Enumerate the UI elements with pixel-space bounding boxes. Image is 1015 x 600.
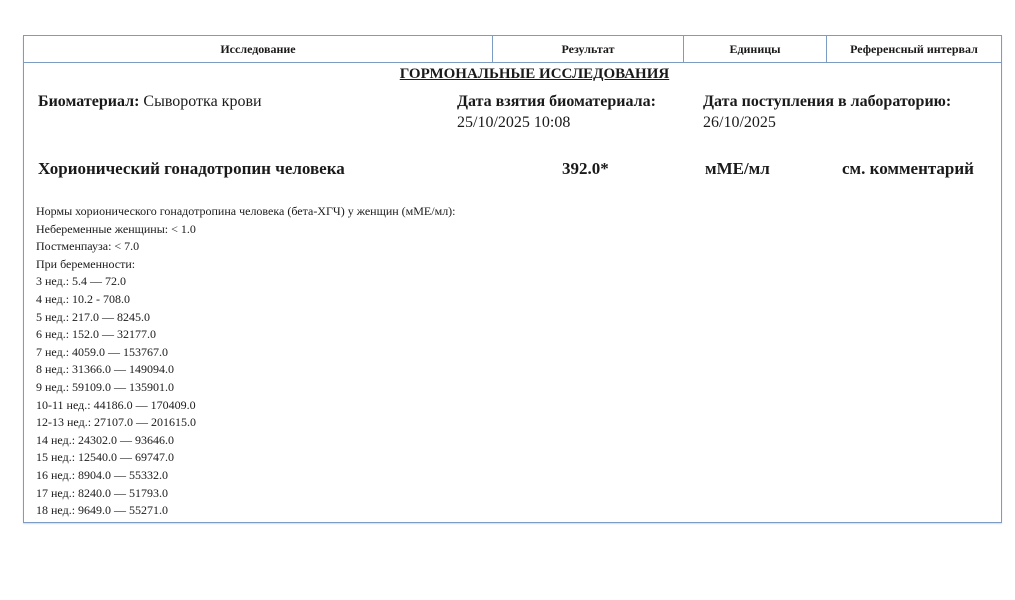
- column-header-result: Результат: [493, 36, 684, 62]
- received-date-label: Дата поступления в лабораторию:: [703, 93, 951, 110]
- comment-line: 9 нед.: 59109.0 — 135901.0: [36, 379, 456, 397]
- biomaterial-info: Биоматериал: Сыворотка крови: [38, 91, 262, 112]
- comment-line: 5 нед.: 217.0 — 8245.0: [36, 309, 456, 327]
- comment-line: 18 нед.: 9649.0 — 55271.0: [36, 502, 456, 520]
- test-result-value: 392.0*: [562, 159, 609, 179]
- test-name: Хорионический гонадотропин человека: [38, 159, 345, 179]
- comment-line: Нормы хорионического гонадотропина челов…: [36, 203, 456, 221]
- column-header-units: Единицы: [684, 36, 827, 62]
- comment-line: 17 нед.: 8240.0 — 51793.0: [36, 485, 456, 503]
- received-date-value: 26/10/2025: [703, 114, 776, 131]
- collection-date-info: Дата взятия биоматериала: 25/10/2025 10:…: [457, 91, 656, 133]
- comment-line: 14 нед.: 24302.0 — 93646.0: [36, 432, 456, 450]
- comment-line: 16 нед.: 8904.0 — 55332.0: [36, 467, 456, 485]
- biomaterial-value: Сыворотка крови: [143, 93, 261, 110]
- comment-line: 12-13 нед.: 27107.0 — 201615.0: [36, 414, 456, 432]
- comment-line: Небеременные женщины: < 1.0: [36, 221, 456, 239]
- collection-date-label: Дата взятия биоматериала:: [457, 93, 656, 110]
- collection-date-value: 25/10/2025 10:08: [457, 114, 570, 131]
- table-header: Исследование Результат Единицы Референсн…: [24, 36, 1001, 63]
- test-units: мМЕ/мл: [705, 159, 770, 179]
- section-title: ГОРМОНАЛЬНЫЕ ИССЛЕДОВАНИЯ: [24, 66, 1001, 83]
- column-header-reference: Референсный интервал: [827, 36, 1001, 62]
- comment-line: 6 нед.: 152.0 — 32177.0: [36, 326, 456, 344]
- comment-line: 3 нед.: 5.4 — 72.0: [36, 273, 456, 291]
- result-row-hcg: Хорионический гонадотропин человека 392.…: [24, 159, 1001, 183]
- received-date-info: Дата поступления в лабораторию: 26/10/20…: [703, 91, 951, 133]
- lab-report-table: Исследование Результат Единицы Референсн…: [23, 35, 1002, 523]
- comment-line: Постменпауза: < 7.0: [36, 238, 456, 256]
- biomaterial-label: Биоматериал:: [38, 93, 139, 110]
- column-header-study: Исследование: [24, 36, 493, 62]
- comment-line: 4 нед.: 10.2 - 708.0: [36, 291, 456, 309]
- comment-line: 10-11 нед.: 44186.0 — 170409.0: [36, 397, 456, 415]
- comment-line: 15 нед.: 12540.0 — 69747.0: [36, 449, 456, 467]
- reference-comment: Нормы хорионического гонадотропина челов…: [36, 203, 456, 520]
- comment-line: 8 нед.: 31366.0 — 149094.0: [36, 361, 456, 379]
- comment-line: При беременности:: [36, 256, 456, 274]
- comment-line: 7 нед.: 4059.0 — 153767.0: [36, 344, 456, 362]
- test-reference: см. комментарий: [842, 159, 974, 179]
